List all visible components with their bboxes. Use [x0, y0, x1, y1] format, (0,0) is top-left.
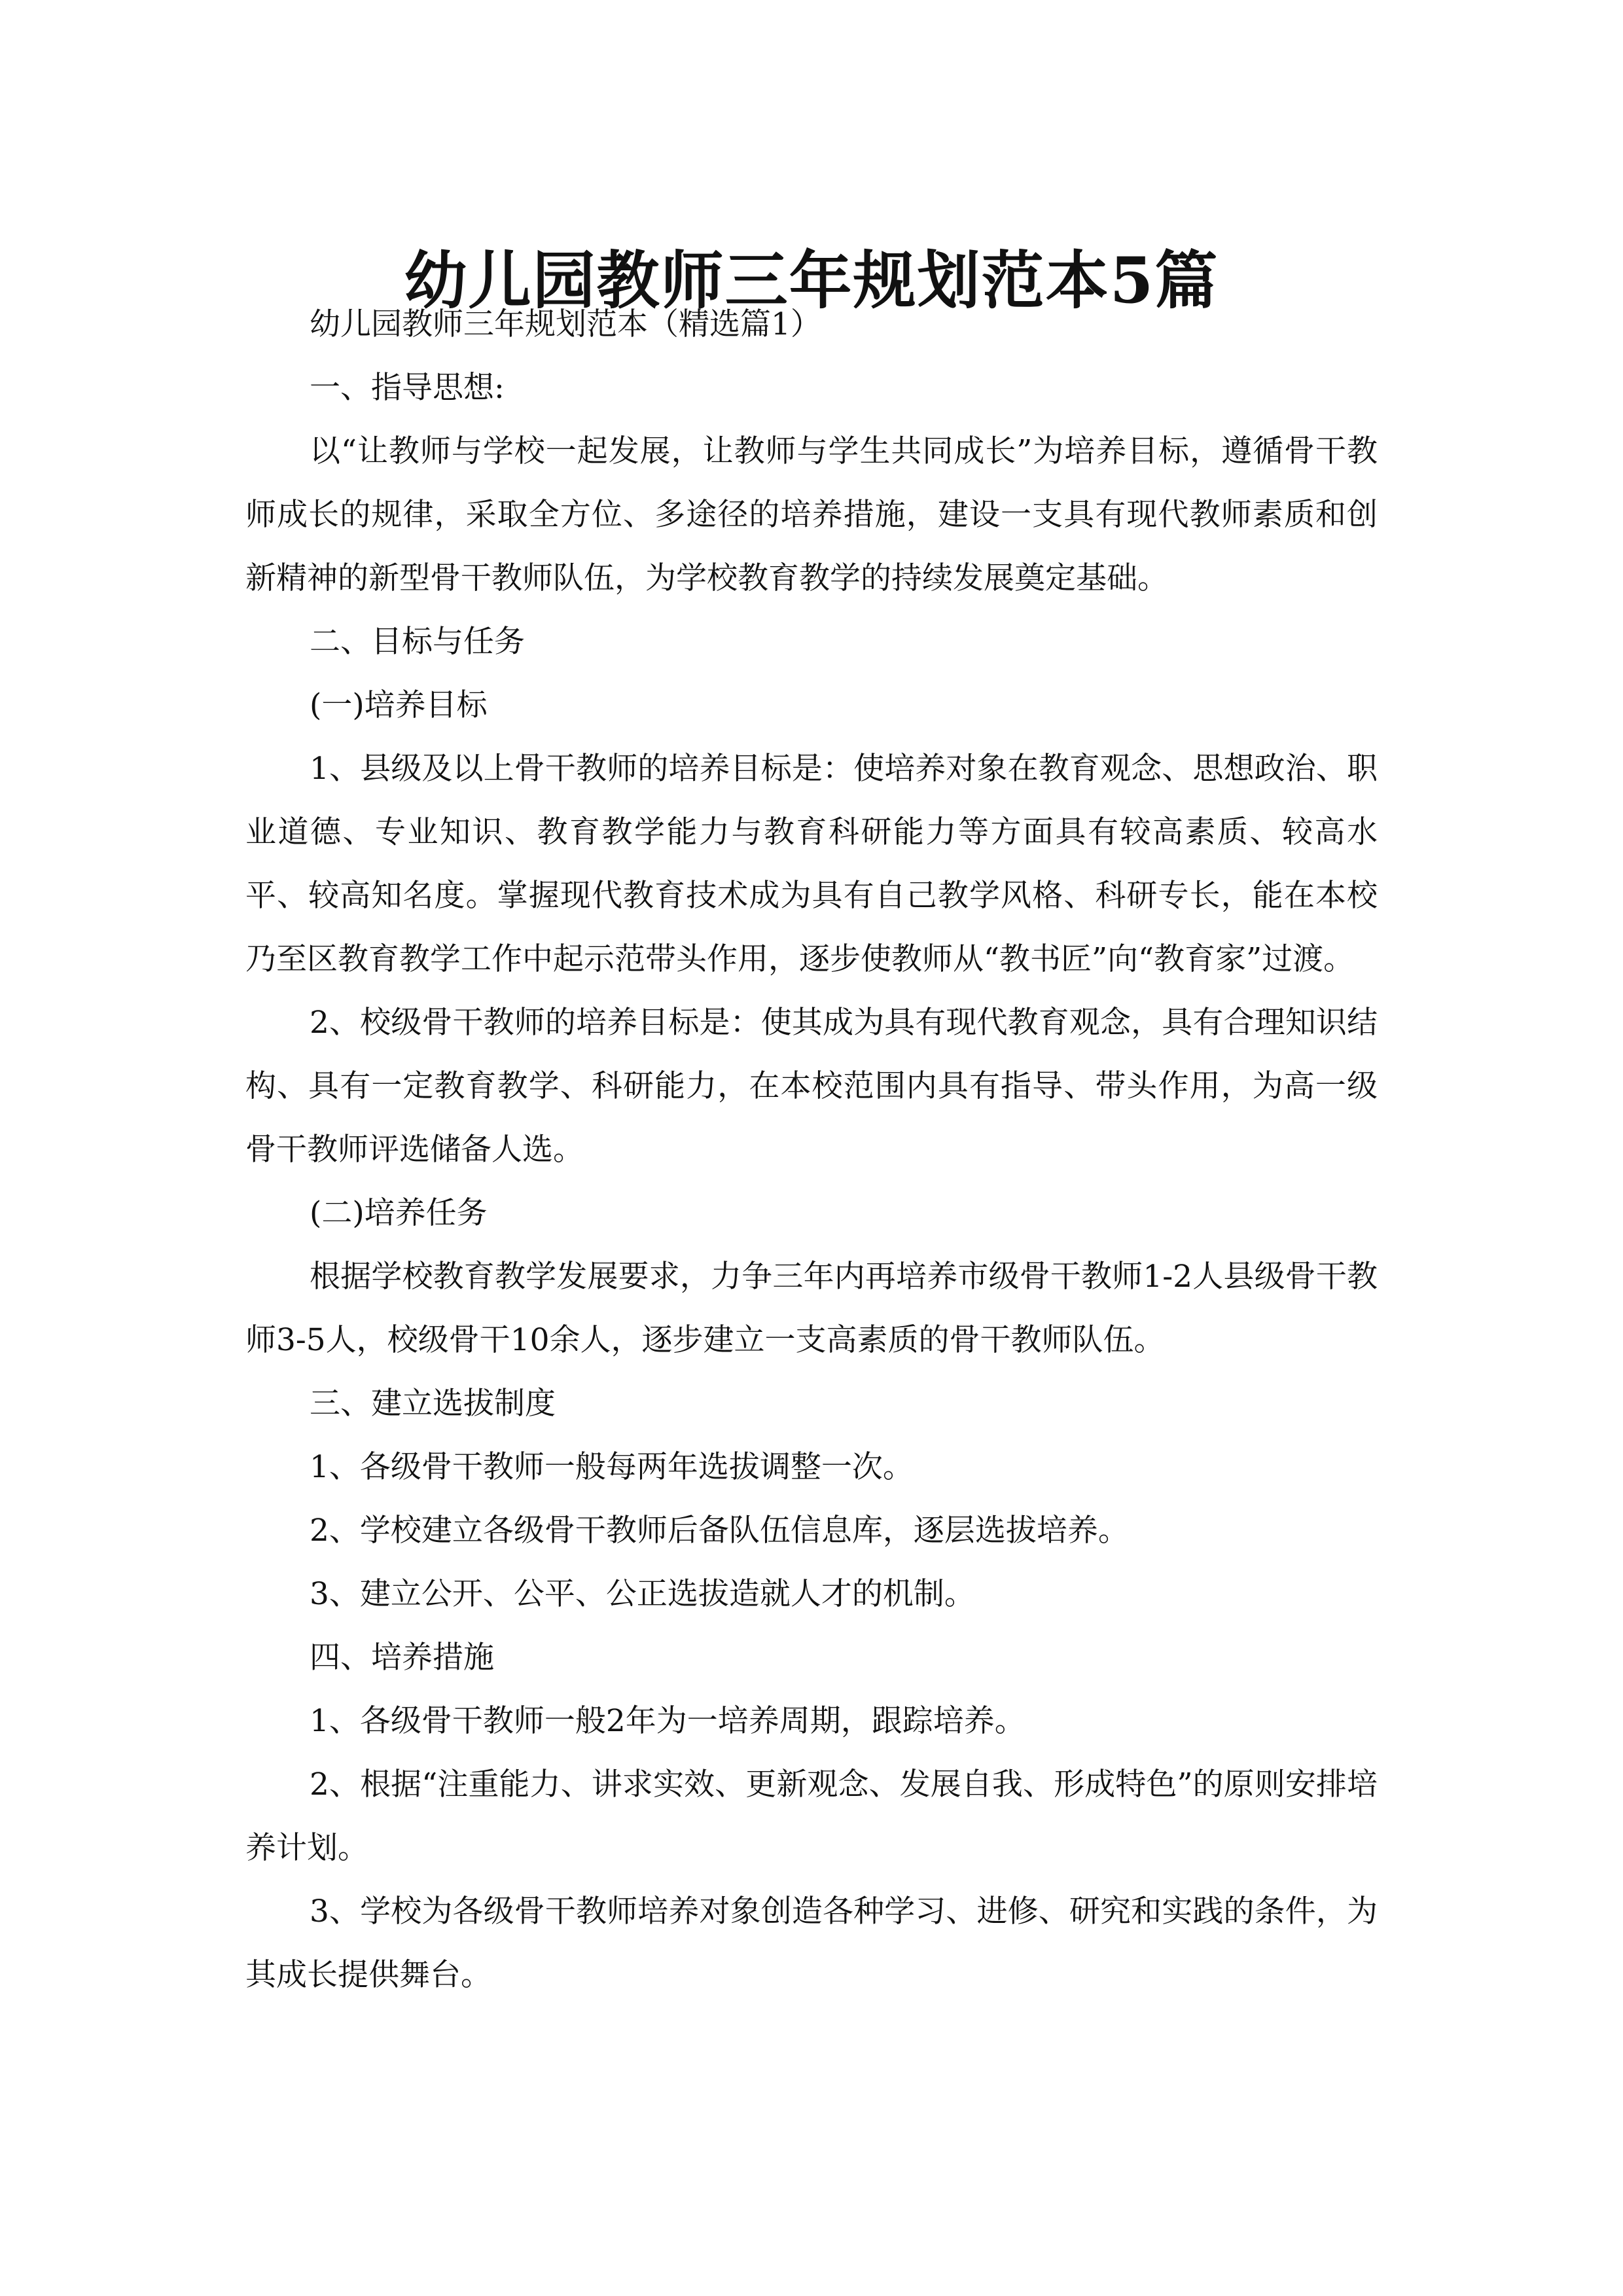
- document-body: 幼儿园教师三年规划范本（精选篇1） 一、指导思想: 以“让教师与学校一起发展，让…: [245, 293, 1378, 2007]
- list-item-selection-1: 1、各级骨干教师一般每两年选拔调整一次。: [245, 1435, 1378, 1499]
- list-item-measures-3: 3、学校为各级骨干教师培养对象创造各种学习、进修、研究和实践的条件，为其成长提供…: [245, 1880, 1378, 2007]
- list-item-measures-2: 2、根据“注重能力、讲求实效、更新观念、发展自我、形成特色”的原则安排培养计划。: [245, 1753, 1378, 1880]
- paragraph-training-tasks: 根据学校教育教学发展要求，力争三年内再培养市级骨干教师1-2人县级骨干教师3-5…: [245, 1245, 1378, 1372]
- list-item-selection-3: 3、建立公开、公平、公正选拔造就人才的机制。: [245, 1562, 1378, 1626]
- list-item-measures-1: 1、各级骨干教师一般2年为一培养周期，跟踪培养。: [245, 1689, 1378, 1753]
- subheading-training-tasks: (二)培养任务: [245, 1181, 1378, 1245]
- section-subtitle: 幼儿园教师三年规划范本（精选篇1）: [245, 293, 1378, 356]
- heading-training-measures: 四、培养措施: [245, 1626, 1378, 1689]
- heading-goals-and-tasks: 二、目标与任务: [245, 610, 1378, 673]
- heading-guiding-ideology: 一、指导思想:: [245, 356, 1378, 420]
- paragraph-school-level-goals: 2、校级骨干教师的培养目标是：使其成为具有现代教育观念，具有合理知识结构、具有一…: [245, 991, 1378, 1181]
- subheading-training-goals: (一)培养目标: [245, 673, 1378, 737]
- list-item-selection-2: 2、学校建立各级骨干教师后备队伍信息库，逐层选拔培养。: [245, 1499, 1378, 1562]
- heading-selection-system: 三、建立选拔制度: [245, 1372, 1378, 1435]
- paragraph-county-level-goals: 1、县级及以上骨干教师的培养目标是：使培养对象在教育观念、思想政治、职业道德、专…: [245, 737, 1378, 991]
- paragraph-guiding-ideology: 以“让教师与学校一起发展，让教师与学生共同成长”为培养目标，遵循骨干教师成长的规…: [245, 420, 1378, 610]
